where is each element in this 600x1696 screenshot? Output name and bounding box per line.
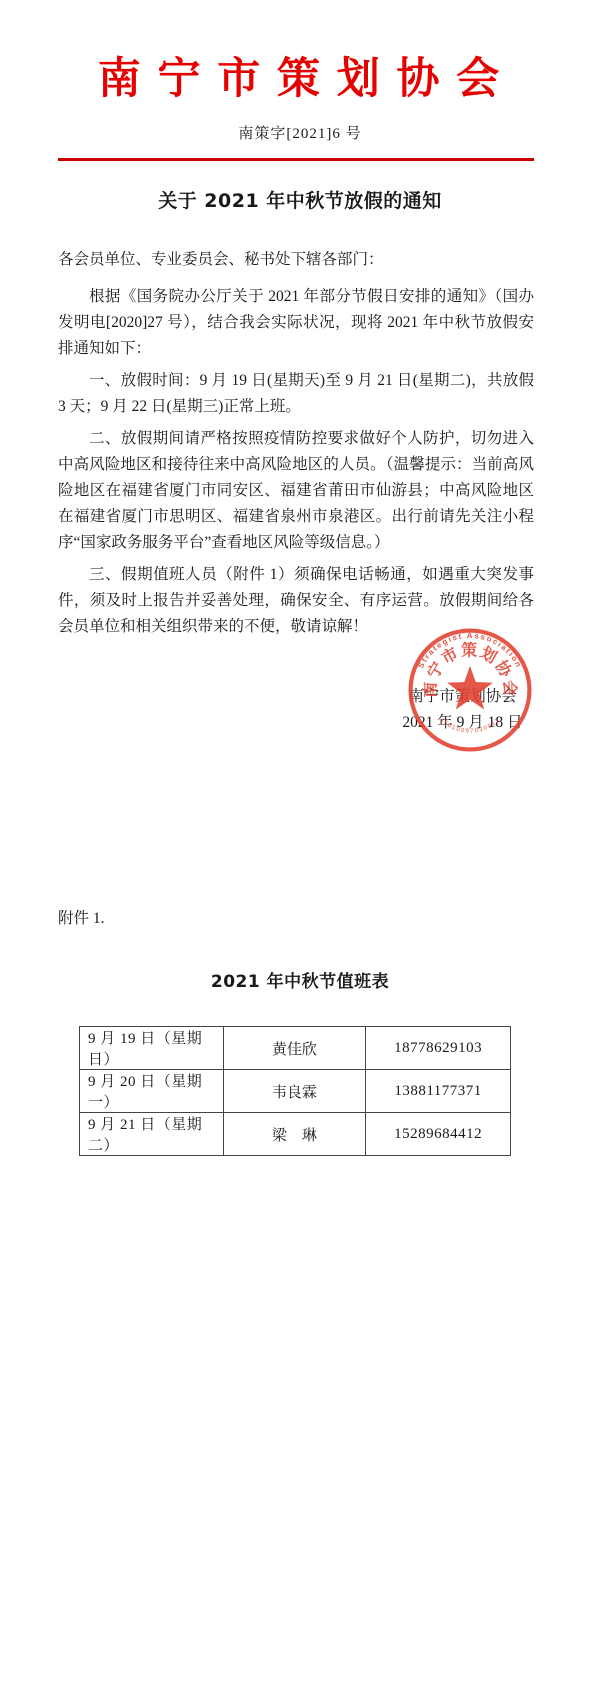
notice-document-page: 南 宁 市 策 划 协 会 南策字[2021]6 号 关于 2021 年中秋节放…: [0, 0, 600, 1696]
duty-name-cell: 韦良霖: [223, 1070, 366, 1113]
paragraph-duty-staff: 三、假期值班人员（附件 1）须确保电话畅通，如遇重大突发事件，须及时上报告并妥善…: [58, 562, 534, 640]
duty-phone-cell: 18778629103: [366, 1027, 511, 1070]
header-divider-rule: [58, 158, 534, 161]
duty-name-cell: 梁 琳: [223, 1113, 366, 1156]
signature-date: 2021 年 9 月 18 日: [385, 710, 540, 736]
duty-roster-table: 9 月 19 日（星期日） 黄佳欣 18778629103 9 月 20 日（星…: [79, 1026, 511, 1156]
duty-table-title: 2021 年中秋节值班表: [0, 967, 600, 992]
paragraph-epidemic-notice: 二、放假期间请严格按照疫情防控要求做好个人防护，切勿进入中高风险地区和接待往来中…: [58, 426, 534, 556]
paragraph-holiday-dates: 一、放假时间：9 月 19 日(星期天)至 9 月 21 日(星期二)，共放假 …: [58, 368, 534, 420]
duty-phone-cell: 13881177371: [366, 1070, 511, 1113]
signature-block: 南宁市策划协会 2021 年 9 月 18 日: [385, 684, 540, 736]
duty-name-cell: 黄佳欣: [223, 1027, 366, 1070]
table-row: 9 月 21 日（星期二） 梁 琳 15289684412: [80, 1113, 511, 1156]
attachment-label: 附件 1.: [58, 906, 105, 932]
duty-date-cell: 9 月 20 日（星期一）: [80, 1070, 224, 1113]
notice-body: 各会员单位、专业委员会、秘书处下辖各部门： 根据《国务院办公厅关于 2021 年…: [58, 247, 534, 646]
document-number: 南策字[2021]6 号: [0, 122, 600, 143]
salutation-line: 各会员单位、专业委员会、秘书处下辖各部门：: [58, 247, 534, 273]
organization-title: 南 宁 市 策 划 协 会: [0, 56, 600, 103]
paragraph-basis: 根据《国务院办公厅关于 2021 年部分节假日安排的通知》（国办发明电[2020…: [58, 284, 534, 362]
duty-date-cell: 9 月 21 日（星期二）: [80, 1113, 224, 1156]
signature-org: 南宁市策划协会: [385, 684, 540, 710]
duty-phone-cell: 15289684412: [366, 1113, 511, 1156]
duty-date-cell: 9 月 19 日（星期日）: [80, 1027, 224, 1070]
table-row: 9 月 19 日（星期日） 黄佳欣 18778629103: [80, 1027, 511, 1070]
notice-title: 关于 2021 年中秋节放假的通知: [0, 186, 600, 213]
table-row: 9 月 20 日（星期一） 韦良霖 13881177371: [80, 1070, 511, 1113]
